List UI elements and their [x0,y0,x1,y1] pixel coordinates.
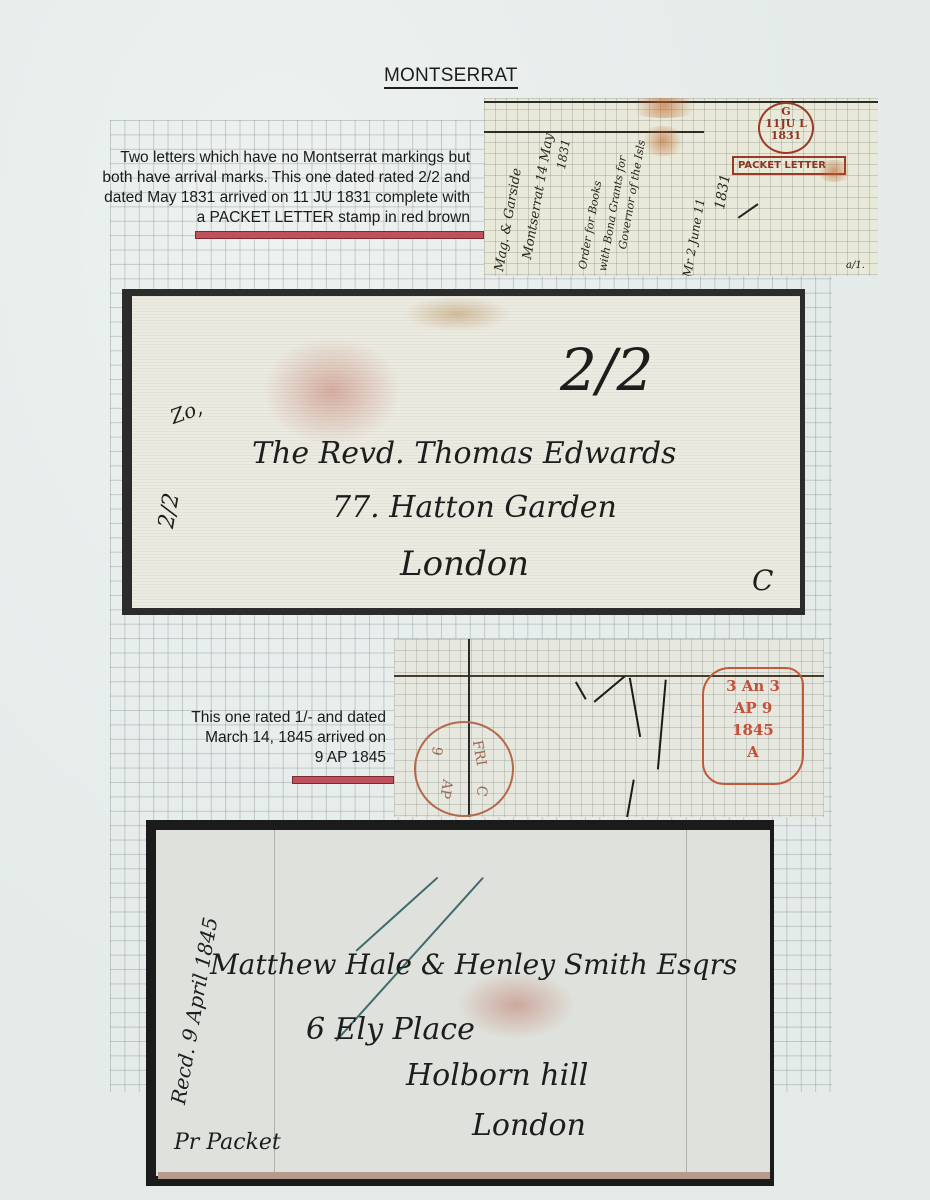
caption-line: March 14, 1845 arrived on [150,728,386,748]
caption-1831: Two letters which have no Montserrat mar… [70,148,470,228]
address-line: London [400,544,529,584]
cover-1831: 2/2 The Revd. Thomas Edwards 77. Hatton … [132,296,800,608]
caption-line: This one rated 1/- and dated [150,708,386,728]
red-handstamp-trace [262,336,402,446]
frank-line: A [704,741,802,763]
cds-line: 1831 [760,130,812,142]
side-note: 2/2 [154,491,185,530]
fold-line [274,830,275,1176]
cds-text: FRI [469,739,489,767]
arrival-frank-stamp: 3 An 3 AP 9 1845 A [702,667,804,785]
caption-line: 9 AP 1845 [150,748,386,768]
cds-text: 9 [428,745,445,757]
caption-line: both have arrival marks. This one dated … [70,168,470,188]
corner-mark: C [752,564,773,597]
paper-tear [575,681,586,699]
album-page: MONTSERRAT Two letters which have no Mon… [0,0,930,1200]
cds-text: C [473,784,491,797]
stain-mark [402,296,512,332]
cds-text: AP [436,778,455,800]
side-note: Zo, [167,395,206,429]
caption-1845: This one rated 1/- and dated March 14, 1… [150,708,386,768]
address-line: 77. Hatton Garden [332,490,617,525]
paper-tear [626,780,634,817]
manuscript-line: Mr 2 June 11 [680,197,708,276]
arrow-pointer [738,203,759,218]
page-title: MONTSERRAT [384,66,518,89]
address-line: 6 Ely Place [306,1012,475,1047]
fold-line [686,830,687,1176]
caption-line: a PACKET LETTER stamp in red brown [70,208,470,228]
caption-line: dated May 1831 arrived on 11 JU 1831 com… [70,188,470,208]
album-note: a/1. [846,260,865,271]
inset-detail-1845: FRI 9 AP C 3 An 3 AP 9 1845 A [394,639,824,817]
paper-tear [657,680,666,770]
inset-detail-1831: Mag. & Garside Montserrat 14 May 1831 Or… [484,98,878,276]
partial-datestamp: FRI 9 AP C [414,721,514,817]
address-line: Matthew Hale & Henley Smith Esqrs [210,948,737,981]
paper-tear [629,678,641,737]
caption-underline-bar [292,776,394,784]
frank-line: AP 9 [704,697,802,719]
received-note: Recd. 9 April 1845 [166,915,223,1106]
cover-1845: Matthew Hale & Henley Smith Esqrs 6 Ely … [156,830,770,1176]
cover-bottom-edge [158,1172,770,1179]
manuscript-line: Montserrat 14 May [520,132,557,260]
rate-marking: 2/2 [560,336,653,404]
stain-mark [624,98,704,118]
manuscript-line: 1831 [554,138,573,171]
caption-line: Two letters which have no Montserrat mar… [70,148,470,168]
caption-underline-bar [195,231,484,239]
address-line: London [472,1108,586,1143]
address-line: Holborn hill [406,1058,588,1093]
manuscript-line: 1831 [712,173,734,211]
paper-tear [594,675,626,702]
frank-line: 1845 [704,719,802,741]
route-note: Pr Packet [174,1130,281,1155]
stain-mark [814,160,854,182]
arrival-datestamp: G 11JU L 1831 [758,102,814,154]
frank-line: 3 An 3 [704,675,802,697]
address-line: The Revd. Thomas Edwards [252,436,676,471]
